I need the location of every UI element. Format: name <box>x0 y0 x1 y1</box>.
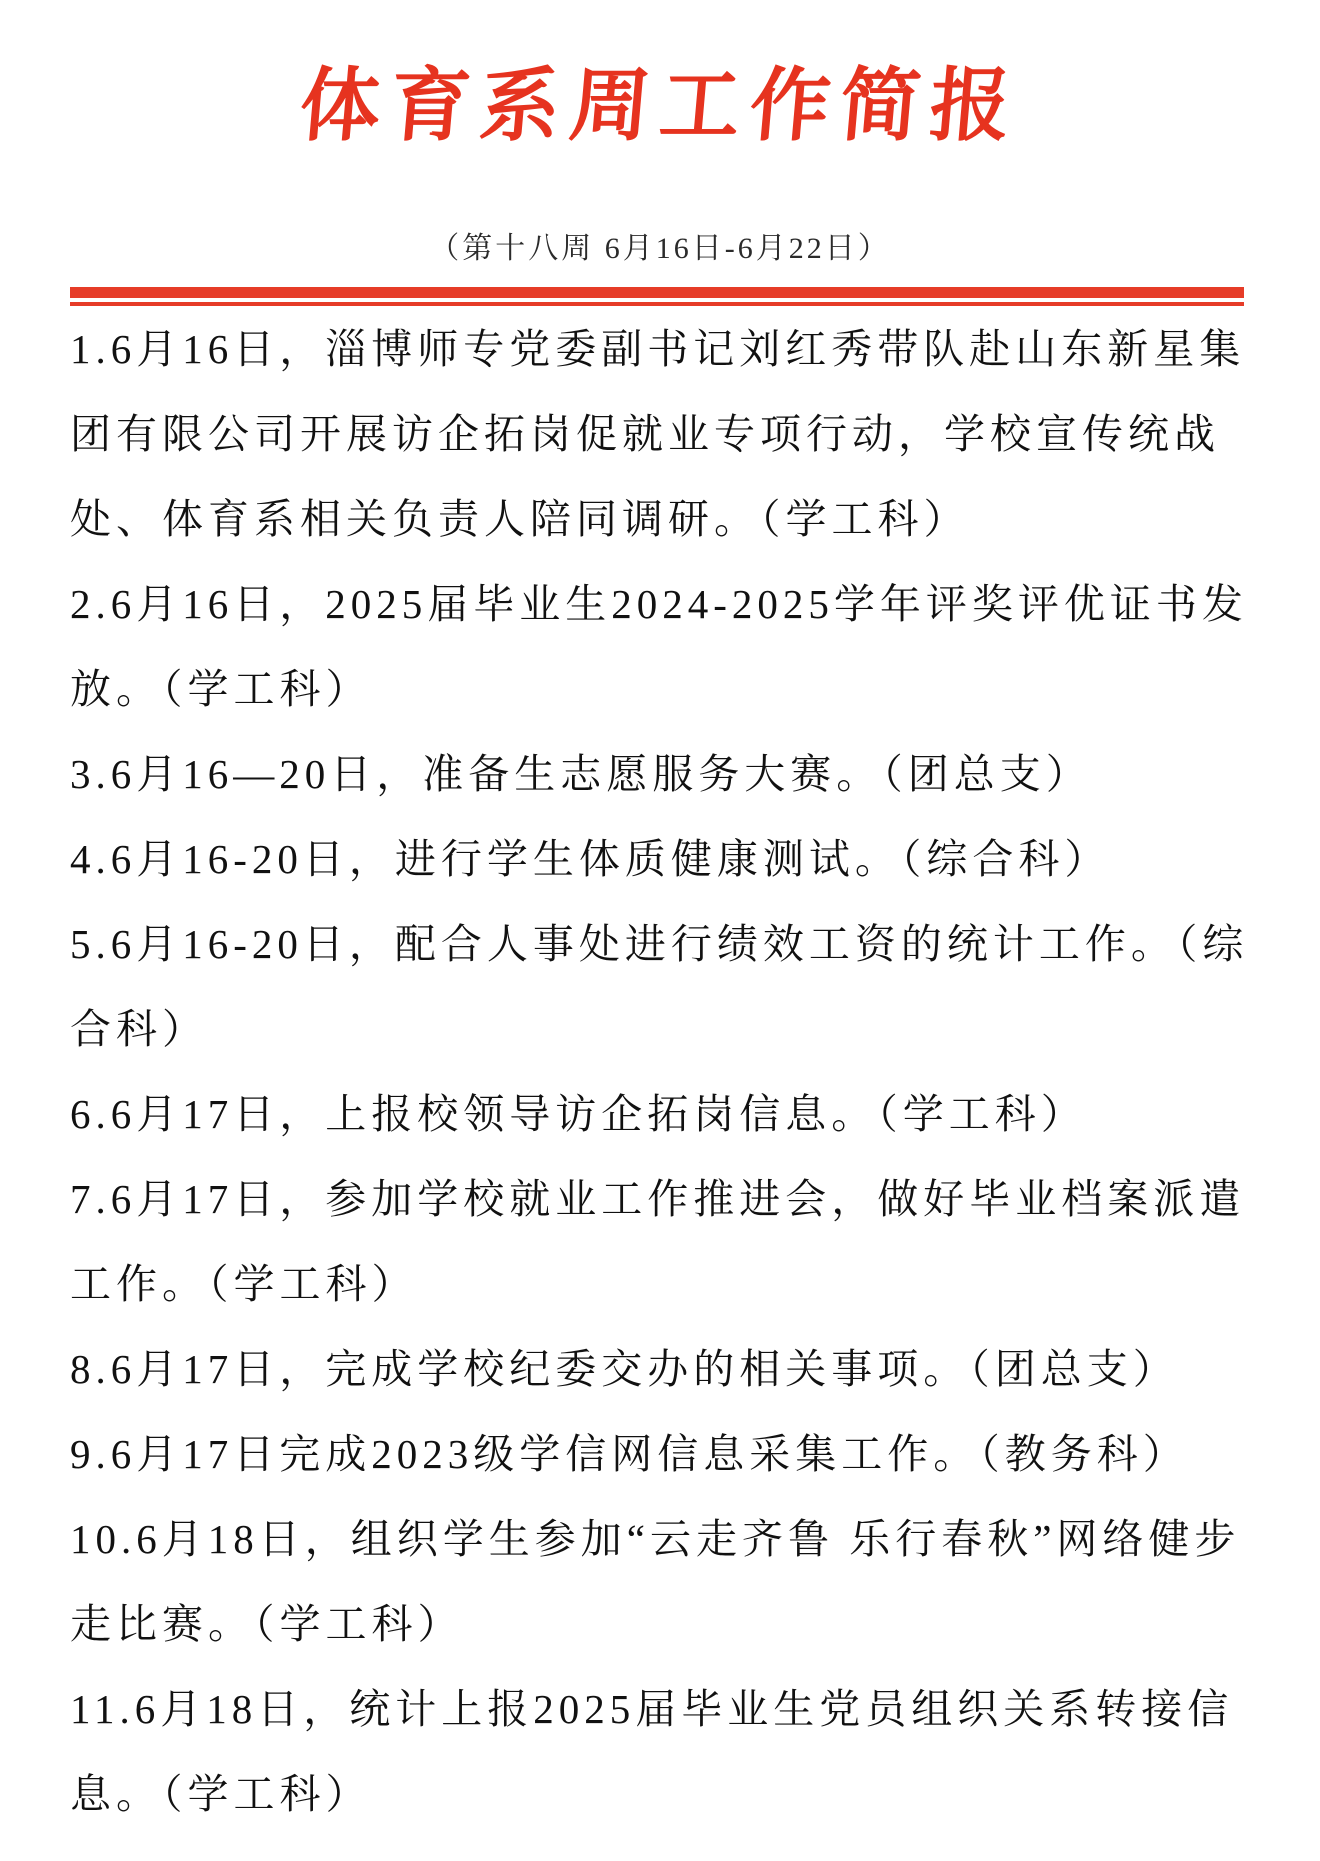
report-item-8: 8.6月17日，完成学校纪委交办的相关事项。（团总支） <box>70 1327 1264 1412</box>
report-item-7: 7.6月17日，参加学校就业工作推进会，做好毕业档案派遣工作。（学工科） <box>70 1157 1264 1327</box>
divider-thin-line <box>70 302 1244 306</box>
report-item-2: 2.6月16日，2025届毕业生2024-2025学年评奖评优证书发放。（学工科… <box>70 562 1264 732</box>
document-page: 体育系周工作简报 （第十八周 6月16日-6月22日） 1.6月16日，淄博师专… <box>0 0 1320 1861</box>
report-item-5: 5.6月16-20日，配合人事处进行绩效工资的统计工作。（综合科） <box>70 902 1264 1072</box>
document-title: 体育系周工作简报 <box>0 52 1320 162</box>
document-subtitle: （第十八周 6月16日-6月22日） <box>0 228 1320 270</box>
report-item-6: 6.6月17日，上报校领导访企拓岗信息。（学工科） <box>70 1072 1264 1157</box>
report-item-9: 9.6月17日完成2023级学信网信息采集工作。（教务科） <box>70 1412 1264 1497</box>
report-body: 1.6月16日，淄博师专党委副书记刘红秀带队赴山东新星集团有限公司开展访企拓岗促… <box>70 307 1264 1837</box>
red-double-divider <box>70 287 1244 306</box>
report-item-3: 3.6月16—20日，准备生志愿服务大赛。（团总支） <box>70 732 1264 817</box>
report-item-1: 1.6月16日，淄博师专党委副书记刘红秀带队赴山东新星集团有限公司开展访企拓岗促… <box>70 307 1264 562</box>
report-item-11: 11.6月18日，统计上报2025届毕业生党员组织关系转接信息。（学工科） <box>70 1667 1264 1837</box>
report-item-10: 10.6月18日，组织学生参加“云走齐鲁 乐行春秋”网络健步走比赛。（学工科） <box>70 1497 1264 1667</box>
divider-thick-line <box>70 287 1244 298</box>
report-item-4: 4.6月16-20日，进行学生体质健康测试。（综合科） <box>70 817 1264 902</box>
